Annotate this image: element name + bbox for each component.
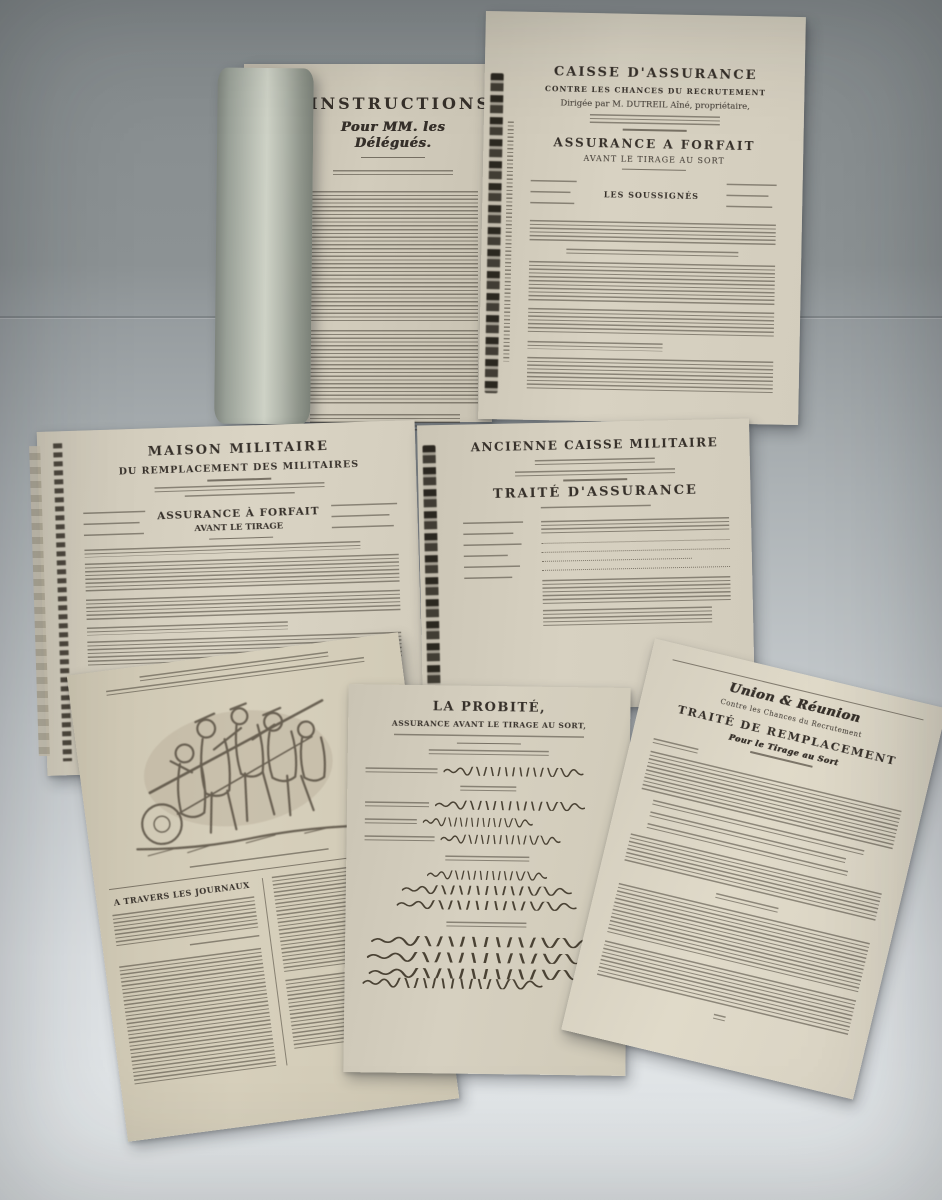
handwriting-line: [435, 800, 585, 811]
divider: [361, 157, 425, 159]
form-labels-left: [530, 180, 576, 207]
paragraph-lines: [527, 341, 662, 352]
form-row: [365, 816, 611, 828]
form-labels-left: [83, 510, 146, 538]
form-line: [566, 249, 738, 257]
ancienne-title: ANCIENNE CAISSE MILITAIRE: [461, 435, 727, 456]
mini-heading: [460, 786, 516, 792]
paragraph-lines: [543, 606, 712, 626]
maison-tirage-subheading: AVANT LE TIRAGE: [157, 520, 320, 536]
handwriting-line: [367, 951, 605, 964]
paragraph-lines: [84, 541, 360, 558]
address-line: [394, 733, 584, 740]
small-heading-lines: [154, 482, 324, 492]
caisse-line2: CONTRE LES CHANCES DU RECRUTEMENT: [532, 84, 778, 98]
probite-subtitle: ASSURANCE AVANT LE TIRAGE AU SORT,: [366, 719, 612, 732]
subheading-lines: [541, 504, 651, 510]
section-heading-lines: [429, 749, 549, 756]
mini-heading: [445, 856, 529, 862]
paragraph-lines: [528, 261, 775, 306]
fill-in-line: [542, 566, 730, 571]
paragraph-lines: [86, 590, 401, 622]
caisse-center-label: LES SOUSSIGNÉS: [604, 190, 699, 202]
divider: [457, 742, 521, 744]
caisse-line3: Dirigée par M. DUTREIL Aîné, propriétair…: [532, 97, 778, 112]
handwriting-line: [397, 900, 577, 912]
ancienne-traite-heading: TRAITÉ D'ASSURANCE: [462, 482, 728, 504]
margin-labels: [463, 521, 531, 627]
fill-in-line: [542, 558, 692, 562]
instructions-title: INSTRUCTIONS: [310, 94, 476, 114]
paragraph-lines: [530, 220, 776, 247]
paragraph-lines: [85, 554, 400, 594]
form-labels-right: [331, 502, 398, 530]
form-row: [365, 799, 611, 811]
divider: [209, 536, 273, 540]
handwriting-line: [427, 870, 547, 881]
address-lines: [590, 114, 720, 126]
form-area: [463, 517, 731, 628]
fill-in-line: [542, 548, 730, 553]
handwriting-line: [362, 977, 542, 990]
caisse-tirage-subheading: AVANT LE TIRAGE AU SORT: [531, 153, 777, 168]
caisse-assurance-heading: ASSURANCE A FORFAIT: [531, 135, 777, 155]
handwriting-line: [371, 936, 601, 949]
rolled-paper-cover: [214, 68, 314, 425]
section-heading-lines: [333, 170, 453, 175]
byline-lines: [535, 458, 655, 467]
form-row: ASSURANCE À FORFAIT AVANT LE TIRAGE: [83, 502, 398, 538]
paragraph-lines: [528, 308, 774, 339]
instructions-subtitle: Pour MM. les Délégués.: [310, 120, 476, 153]
caisse-title: CAISSE D'ASSURANCE: [533, 64, 779, 85]
byline-lines: [515, 468, 675, 476]
engraving-crowd-of-conscripts: [107, 671, 377, 870]
paragraph-lines: [542, 576, 730, 604]
handwriting-line: [402, 885, 572, 896]
divider: [563, 478, 627, 481]
probite-title: LA PROBITÉ,: [366, 698, 612, 718]
fill-in-line: [542, 539, 730, 544]
document-caisse-assurance: CAISSE D'ASSURANCE CONTRE LES CHANCES DU…: [478, 11, 806, 425]
handwriting-line: [423, 817, 533, 828]
form-row: LES SOUSSIGNÉS: [530, 180, 776, 211]
divider: [622, 168, 686, 171]
paragraph-lines: [119, 948, 276, 1086]
body-text-lines: [310, 330, 478, 404]
page-number-line: [713, 1014, 726, 1022]
paragraph-lines: [87, 621, 288, 635]
small-heading-lines: [185, 492, 295, 499]
handwriting-line: [443, 767, 583, 778]
form-row: [365, 833, 611, 845]
paragraph-lines: [527, 357, 774, 396]
body-text-lines: [310, 191, 478, 321]
photo-of-antique-documents: INSTRUCTIONS Pour MM. les Délégués. CAIS…: [0, 0, 942, 1200]
mini-heading: [446, 922, 526, 928]
form-row: [365, 765, 611, 777]
paragraph-lines: [541, 517, 729, 535]
form-labels-right: [726, 184, 776, 211]
divider: [207, 478, 271, 482]
handwriting-line: [441, 834, 561, 845]
divider: [623, 129, 687, 132]
